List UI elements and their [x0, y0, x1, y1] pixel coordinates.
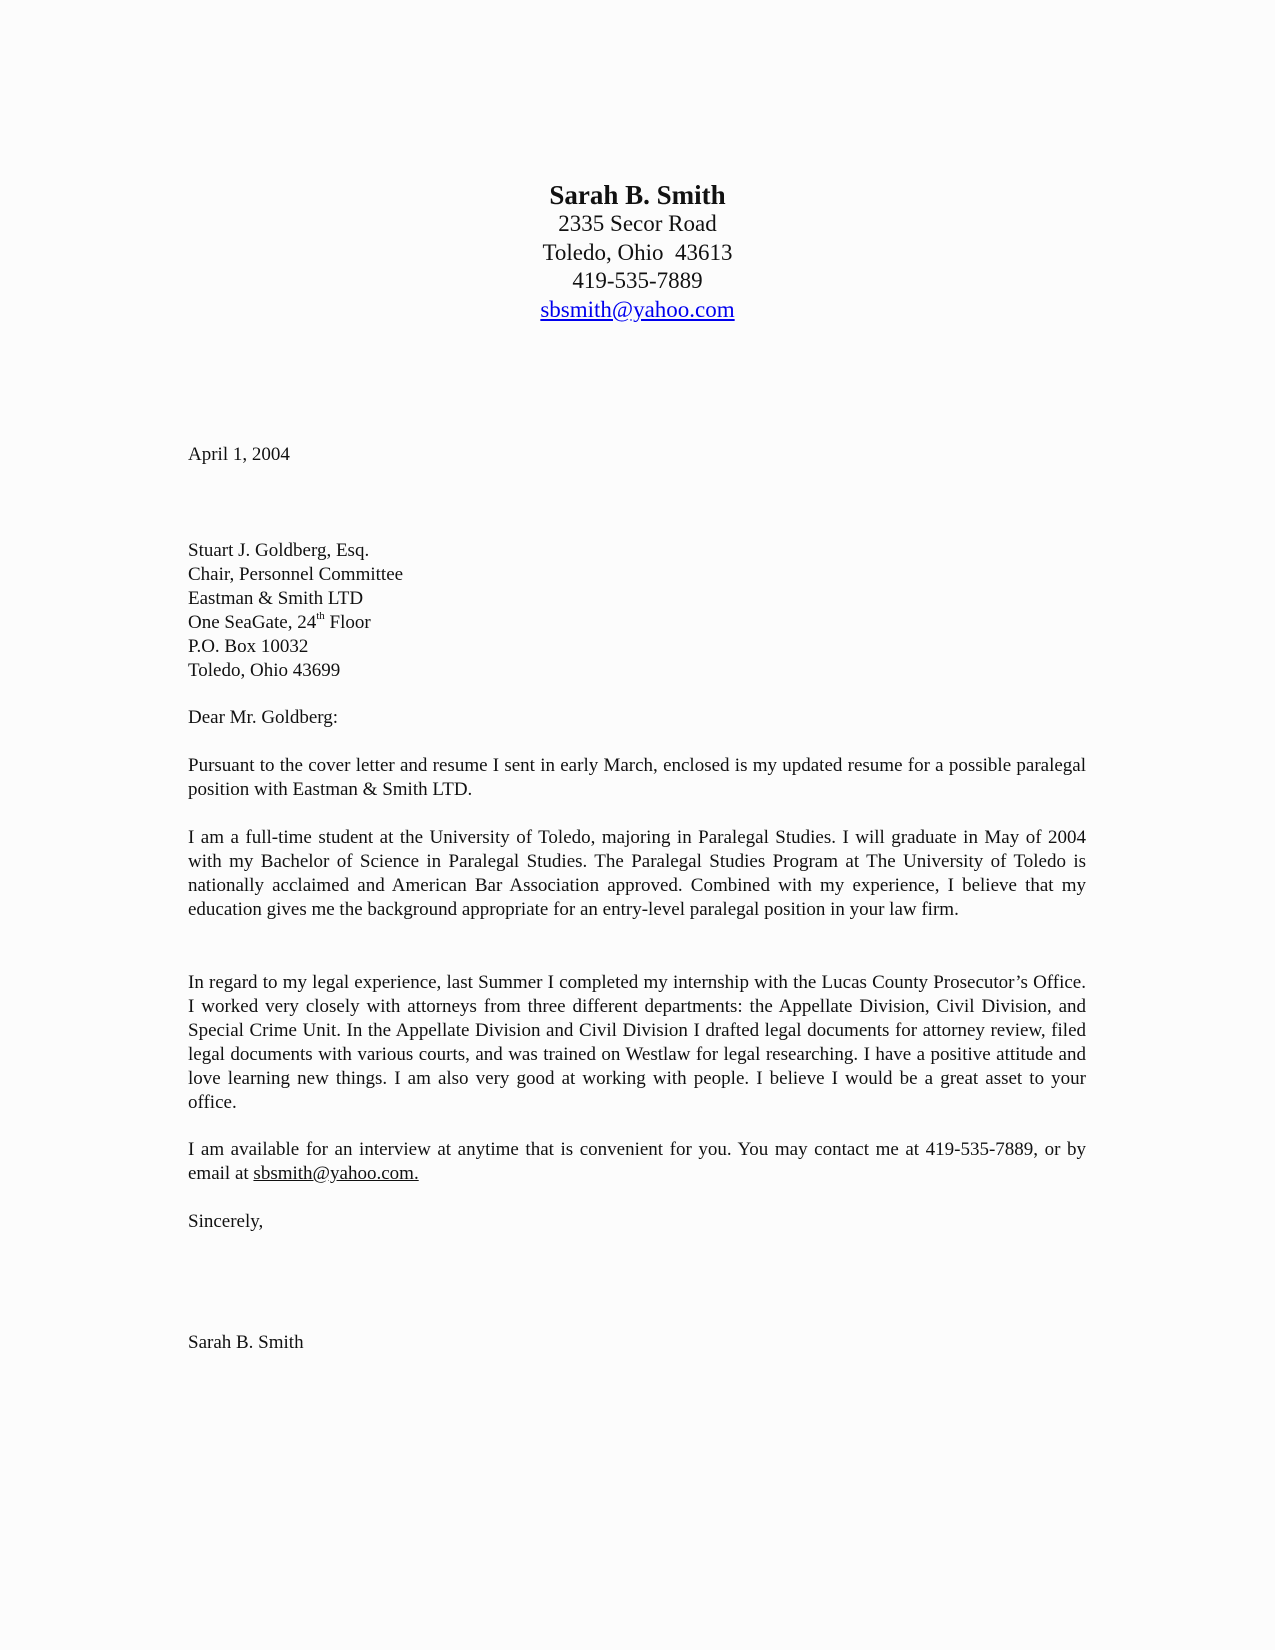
street-prefix: One SeaGate, 24: [188, 612, 316, 633]
closing: Sincerely,: [188, 1210, 1086, 1234]
recipient-name: Stuart J. Goldberg, Esq.: [188, 539, 1086, 563]
body-paragraph-3: In regard to my legal experience, last S…: [188, 971, 1086, 1115]
closing-text: Sincerely,: [188, 1210, 1086, 1234]
body-paragraph-1: Pursuant to the cover letter and resume …: [188, 754, 1086, 802]
signature-name: Sarah B. Smith: [188, 1331, 1086, 1355]
salutation-text: Dear Mr. Goldberg:: [188, 706, 1086, 730]
street-suffix: Floor: [325, 612, 371, 633]
street-ordinal-sup: th: [316, 610, 325, 622]
recipient-po-box: P.O. Box 10032: [188, 635, 1086, 659]
sender-email-line: sbsmith@yahoo.com: [0, 296, 1275, 325]
body-paragraph-2: I am a full-time student at the Universi…: [188, 826, 1086, 922]
sender-name: Sarah B. Smith: [0, 180, 1275, 210]
sender-phone: 419-535-7889: [0, 267, 1275, 296]
sender-address-line1: 2335 Secor Road: [0, 210, 1275, 239]
recipient-street: One SeaGate, 24th Floor: [188, 611, 1086, 635]
salutation: Dear Mr. Goldberg:: [188, 706, 1086, 730]
recipient-address: Stuart J. Goldberg, Esq. Chair, Personne…: [188, 539, 1086, 683]
letter-date: April 1, 2004: [188, 443, 1086, 467]
letterhead: Sarah B. Smith 2335 Secor Road Toledo, O…: [0, 180, 1275, 324]
body-paragraph-4: I am available for an interview at anyti…: [188, 1138, 1086, 1186]
date-text: April 1, 2004: [188, 443, 1086, 467]
contact-email[interactable]: sbsmith@yahoo.com.: [253, 1163, 418, 1184]
recipient-title: Chair, Personnel Committee: [188, 563, 1086, 587]
recipient-company: Eastman & Smith LTD: [188, 587, 1086, 611]
sender-email-link[interactable]: sbsmith@yahoo.com: [540, 297, 734, 322]
recipient-city: Toledo, Ohio 43699: [188, 659, 1086, 683]
sender-address-line2: Toledo, Ohio 43613: [0, 239, 1275, 268]
signature: Sarah B. Smith: [188, 1331, 1086, 1355]
